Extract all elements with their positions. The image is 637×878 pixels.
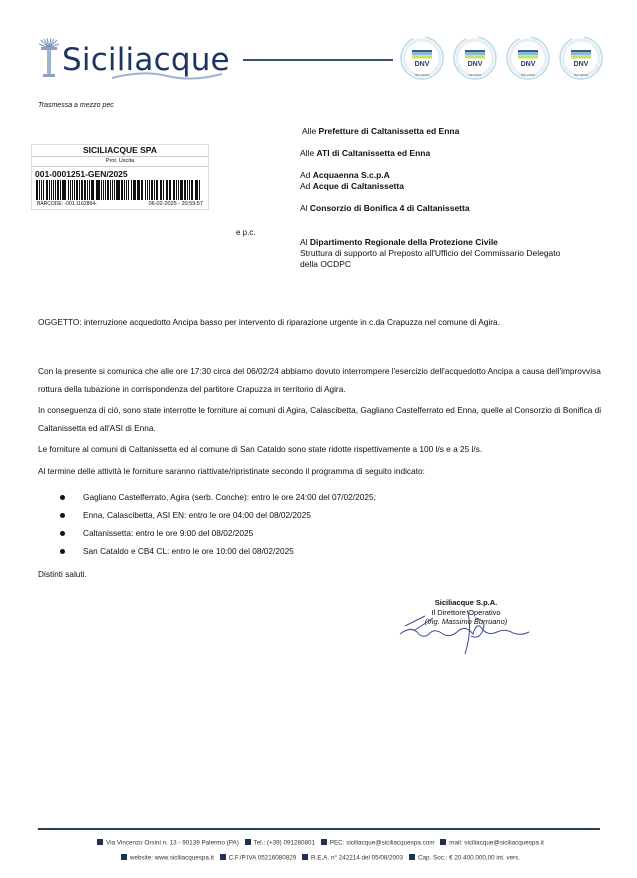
- body-paragraph: Con la presente si comunica che alle ore…: [38, 362, 605, 398]
- barcode: [36, 180, 204, 200]
- recipient: Ad Acque di Caltanissetta: [300, 181, 404, 192]
- svg-text:DNV: DNV: [415, 61, 430, 68]
- recipient: Al Consorzio di Bonifica 4 di Caltanisse…: [300, 203, 470, 214]
- logo-tree-icon: [38, 38, 60, 78]
- protocol-stamp: SICILIACQUE SPA Prot. Uscita 001-0001251…: [31, 144, 209, 210]
- header-divider: [243, 59, 393, 61]
- dnv-certification-badge-icon: DNVISO 27001: [505, 35, 551, 81]
- protocol-number: 001-0001251-GEN/2025: [32, 169, 208, 180]
- stamp-type: Prot. Uscita: [32, 157, 208, 167]
- list-item: Caltanissetta: entro le ore 9:00 del 08/…: [60, 524, 376, 542]
- svg-text:ISO 14001: ISO 14001: [415, 73, 430, 77]
- dnv-certification-badge-icon: DNVISO 14001: [399, 35, 445, 81]
- bullet-icon: [60, 549, 65, 554]
- certification-badges: DNVISO 14001DNVISO 9001DNVISO 27001DNVIS…: [399, 35, 604, 81]
- dnv-certification-badge-icon: DNVISO 9001: [452, 35, 498, 81]
- svg-text:DNV: DNV: [468, 61, 483, 68]
- body-paragraph: Al termine delle attività le forniture s…: [38, 462, 605, 480]
- svg-text:DNV: DNV: [574, 61, 589, 68]
- handwritten-signature-icon: [395, 606, 535, 656]
- dnv-certification-badge-icon: DNVISO 45001: [558, 35, 604, 81]
- bullet-icon: [60, 531, 65, 536]
- svg-text:DNV: DNV: [521, 61, 536, 68]
- footer-legal-line: website: www.siciliacquespa.it C.F./P.IV…: [0, 854, 637, 862]
- transmission-note: Trasmessa a mezzo pec: [38, 102, 114, 109]
- recipient: Alle Prefetture di Caltanissetta ed Enna: [302, 126, 459, 137]
- svg-text:ISO 27001: ISO 27001: [521, 73, 536, 77]
- body-paragraph: Le forniture al comuni di Caltanissetta …: [38, 440, 605, 458]
- list-item: San Cataldo e CB4 CL: entro le ore 10:00…: [60, 542, 376, 560]
- list-item: Gagliano Castelferrato, Agira (serb. Con…: [60, 488, 376, 506]
- cc-label: e p.c.: [236, 228, 256, 237]
- schedule-list: Gagliano Castelferrato, Agira (serb. Con…: [60, 488, 376, 560]
- svg-text:ISO 45001: ISO 45001: [574, 73, 589, 77]
- cc-recipient: Al Dipartimento Regionale della Protezio…: [300, 237, 560, 270]
- stamp-timestamp: 06-02-2025 - 20:59:57: [149, 201, 203, 207]
- bullet-icon: [60, 513, 65, 518]
- stamp-company: SICILIACQUE SPA: [32, 145, 208, 157]
- recipient: Ad Acquaenna S.c.p.A: [300, 170, 390, 181]
- list-item: Enna, Calascibetta, ASI EN: entro le ore…: [60, 506, 376, 524]
- footer-contact-line: Via Vincenzo Orsini n. 13 - 90139 Palerm…: [0, 839, 637, 847]
- subject-line: OGGETTO: interruzione acquedotto Ancipa …: [38, 313, 605, 331]
- recipient: Alle ATI di Caltanissetta ed Enna: [300, 148, 430, 159]
- body-paragraph: In conseguenza di ciò, sono state interr…: [38, 401, 605, 437]
- bullet-icon: [60, 495, 65, 500]
- footer-divider: [38, 828, 600, 830]
- closing: Distinti saluti.: [38, 565, 605, 583]
- barcode-label: BARCODE: -001.1162884-: [37, 201, 97, 207]
- svg-text:ISO 9001: ISO 9001: [469, 73, 482, 77]
- logo-wave-icon: [112, 70, 222, 82]
